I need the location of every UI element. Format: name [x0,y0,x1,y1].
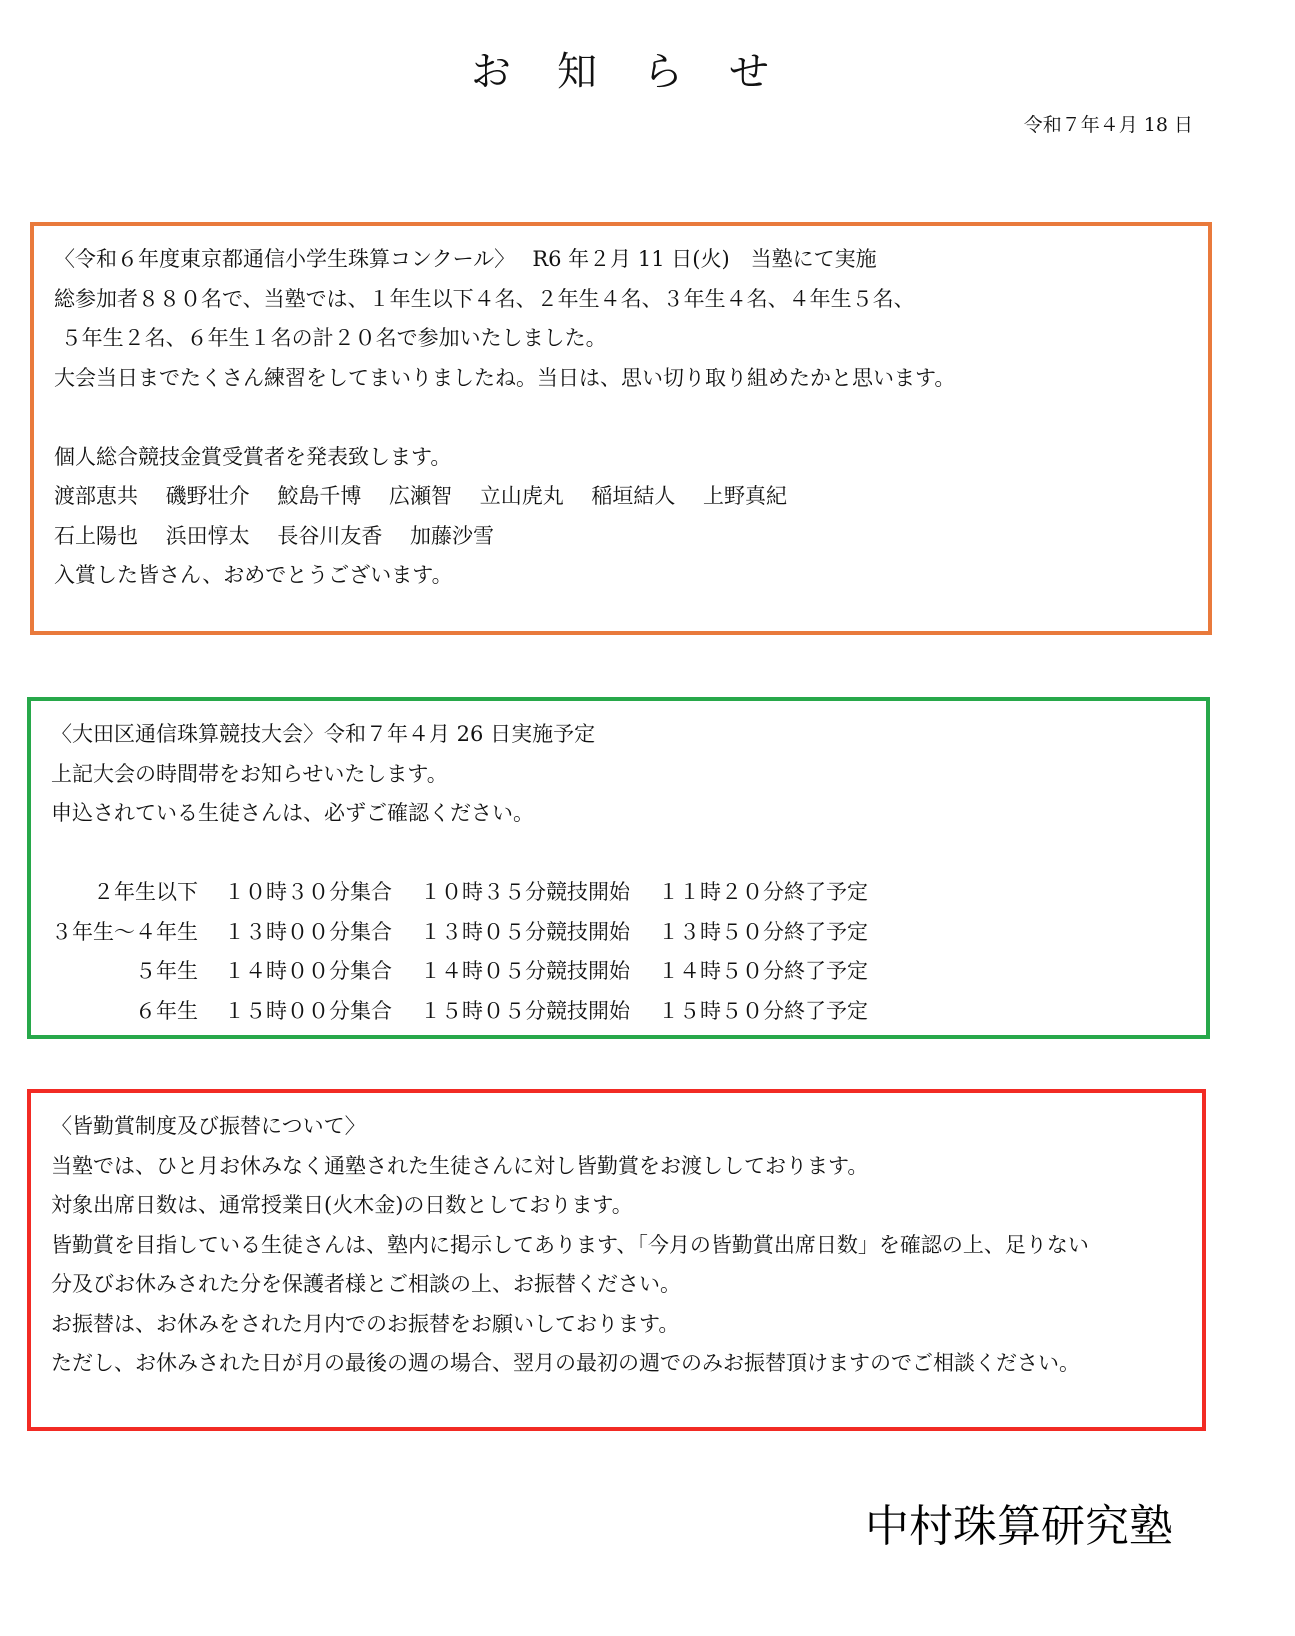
schedule-end: １３時５０分終了予定 [658,913,896,953]
schedule-end: １５時５０分終了予定 [658,992,896,1032]
schedule-start: １０時３５分競技開始 [420,873,658,913]
schedule-row: ３年生～４年生 １３時００分集合 １３時０５分競技開始 １３時５０分終了予定 [51,913,896,953]
schedule-row: ５年生 １４時００分集合 １４時０５分競技開始 １４時５０分終了予定 [51,952,896,992]
schedule-start: １３時０５分競技開始 [420,913,658,953]
schedule-assemble: １４時００分集合 [224,952,420,992]
award-heading: 個人総合競技金賞受賞者を発表致します。 [54,438,1208,478]
attendance-policy-heading: 〈皆勤賞制度及び振替について〉 [51,1107,1202,1147]
title-char: ら [643,40,683,97]
contest-results-line: 大会当日までたくさん練習をしてまいりましたね。当日は、思い切り取り組めたかと思い… [54,359,1208,399]
schedule-assemble: １３時００分集合 [224,913,420,953]
title-char: せ [729,40,769,97]
ota-competition-heading: 〈大田区通信珠算競技大会〉令和７年４月 26 日実施予定 [51,715,1206,755]
schedule-row: ６年生 １５時００分集合 １５時０５分競技開始 １５時５０分終了予定 [51,992,896,1032]
ota-competition-line: 上記大会の時間帯をお知らせいたします。 [51,755,1206,795]
schedule-row: ２年生以下 １０時３０分集合 １０時３５分競技開始 １１時２０分終了予定 [51,873,896,913]
schedule-assemble: １５時００分集合 [224,992,420,1032]
title-char: お [471,40,511,97]
winners-list: 石上陽也 浜田惇太 長谷川友香 加藤沙雪 [54,517,1208,557]
school-signature: 中村珠算研究塾 [865,1490,1173,1554]
blank-line [51,834,1206,874]
ota-competition-line: 申込されている生徒さんは、必ずご確認ください。 [51,794,1206,834]
page-title: お知らせ [0,40,1240,97]
schedule-table: ２年生以下 １０時３０分集合 １０時３５分競技開始 １１時２０分終了予定 ３年生… [51,873,896,1031]
schedule-grade: ５年生 [51,952,224,992]
schedule-start: １５時０５分競技開始 [420,992,658,1032]
schedule-end: １４時５０分終了予定 [658,952,896,992]
schedule-assemble: １０時３０分集合 [224,873,420,913]
ota-competition-box: 〈大田区通信珠算競技大会〉令和７年４月 26 日実施予定 上記大会の時間帯をお知… [27,697,1210,1039]
attendance-policy-line: 分及びお休みされた分を保護者様とご相談の上、お振替ください。 [51,1265,1202,1305]
attendance-policy-line: お振替は、お休みをされた月内でのお振替をお願いしております。 [51,1305,1202,1345]
attendance-policy-line: 当塾では、ひと月お休みなく通塾された生徒さんに対し皆勤賞をお渡ししております。 [51,1147,1202,1187]
schedule-start: １４時０５分競技開始 [420,952,658,992]
issue-date: 令和７年４月 18 日 [1024,110,1193,137]
congratulations-text: 入賞した皆さん、おめでとうございます。 [54,556,1208,596]
contest-results-heading: 〈令和６年度東京都通信小学生珠算コンクール〉 R6 年２月 11 日(火) 当塾… [54,240,1208,280]
schedule-grade: ６年生 [51,992,224,1032]
schedule-grade: ３年生～４年生 [51,913,224,953]
blank-line [54,398,1208,438]
contest-results-box: 〈令和６年度東京都通信小学生珠算コンクール〉 R6 年２月 11 日(火) 当塾… [30,222,1212,635]
attendance-policy-box: 〈皆勤賞制度及び振替について〉 当塾では、ひと月お休みなく通塾された生徒さんに対… [27,1089,1206,1431]
attendance-policy-line: 対象出席日数は、通常授業日(火木金)の日数としております。 [51,1186,1202,1226]
title-char: 知 [557,40,597,97]
contest-results-line: ５年生２名、６年生１名の計２０名で参加いたしました。 [54,319,1208,359]
contest-results-line: 総参加者８８０名で、当塾では、１年生以下４名、２年生４名、３年生４名、４年生５名… [54,280,1208,320]
schedule-grade: ２年生以下 [51,873,224,913]
schedule-end: １１時２０分終了予定 [658,873,896,913]
attendance-policy-line: 皆勤賞を目指している生徒さんは、塾内に掲示してあります、「今月の皆勤賞出席日数」… [51,1226,1202,1266]
attendance-policy-line: ただし、お休みされた日が月の最後の週の場合、翌月の最初の週でのみお振替頂けますの… [51,1344,1202,1384]
winners-list: 渡部恵共 磯野壮介 鮫島千博 広瀬智 立山虎丸 稲垣結人 上野真紀 [54,477,1208,517]
